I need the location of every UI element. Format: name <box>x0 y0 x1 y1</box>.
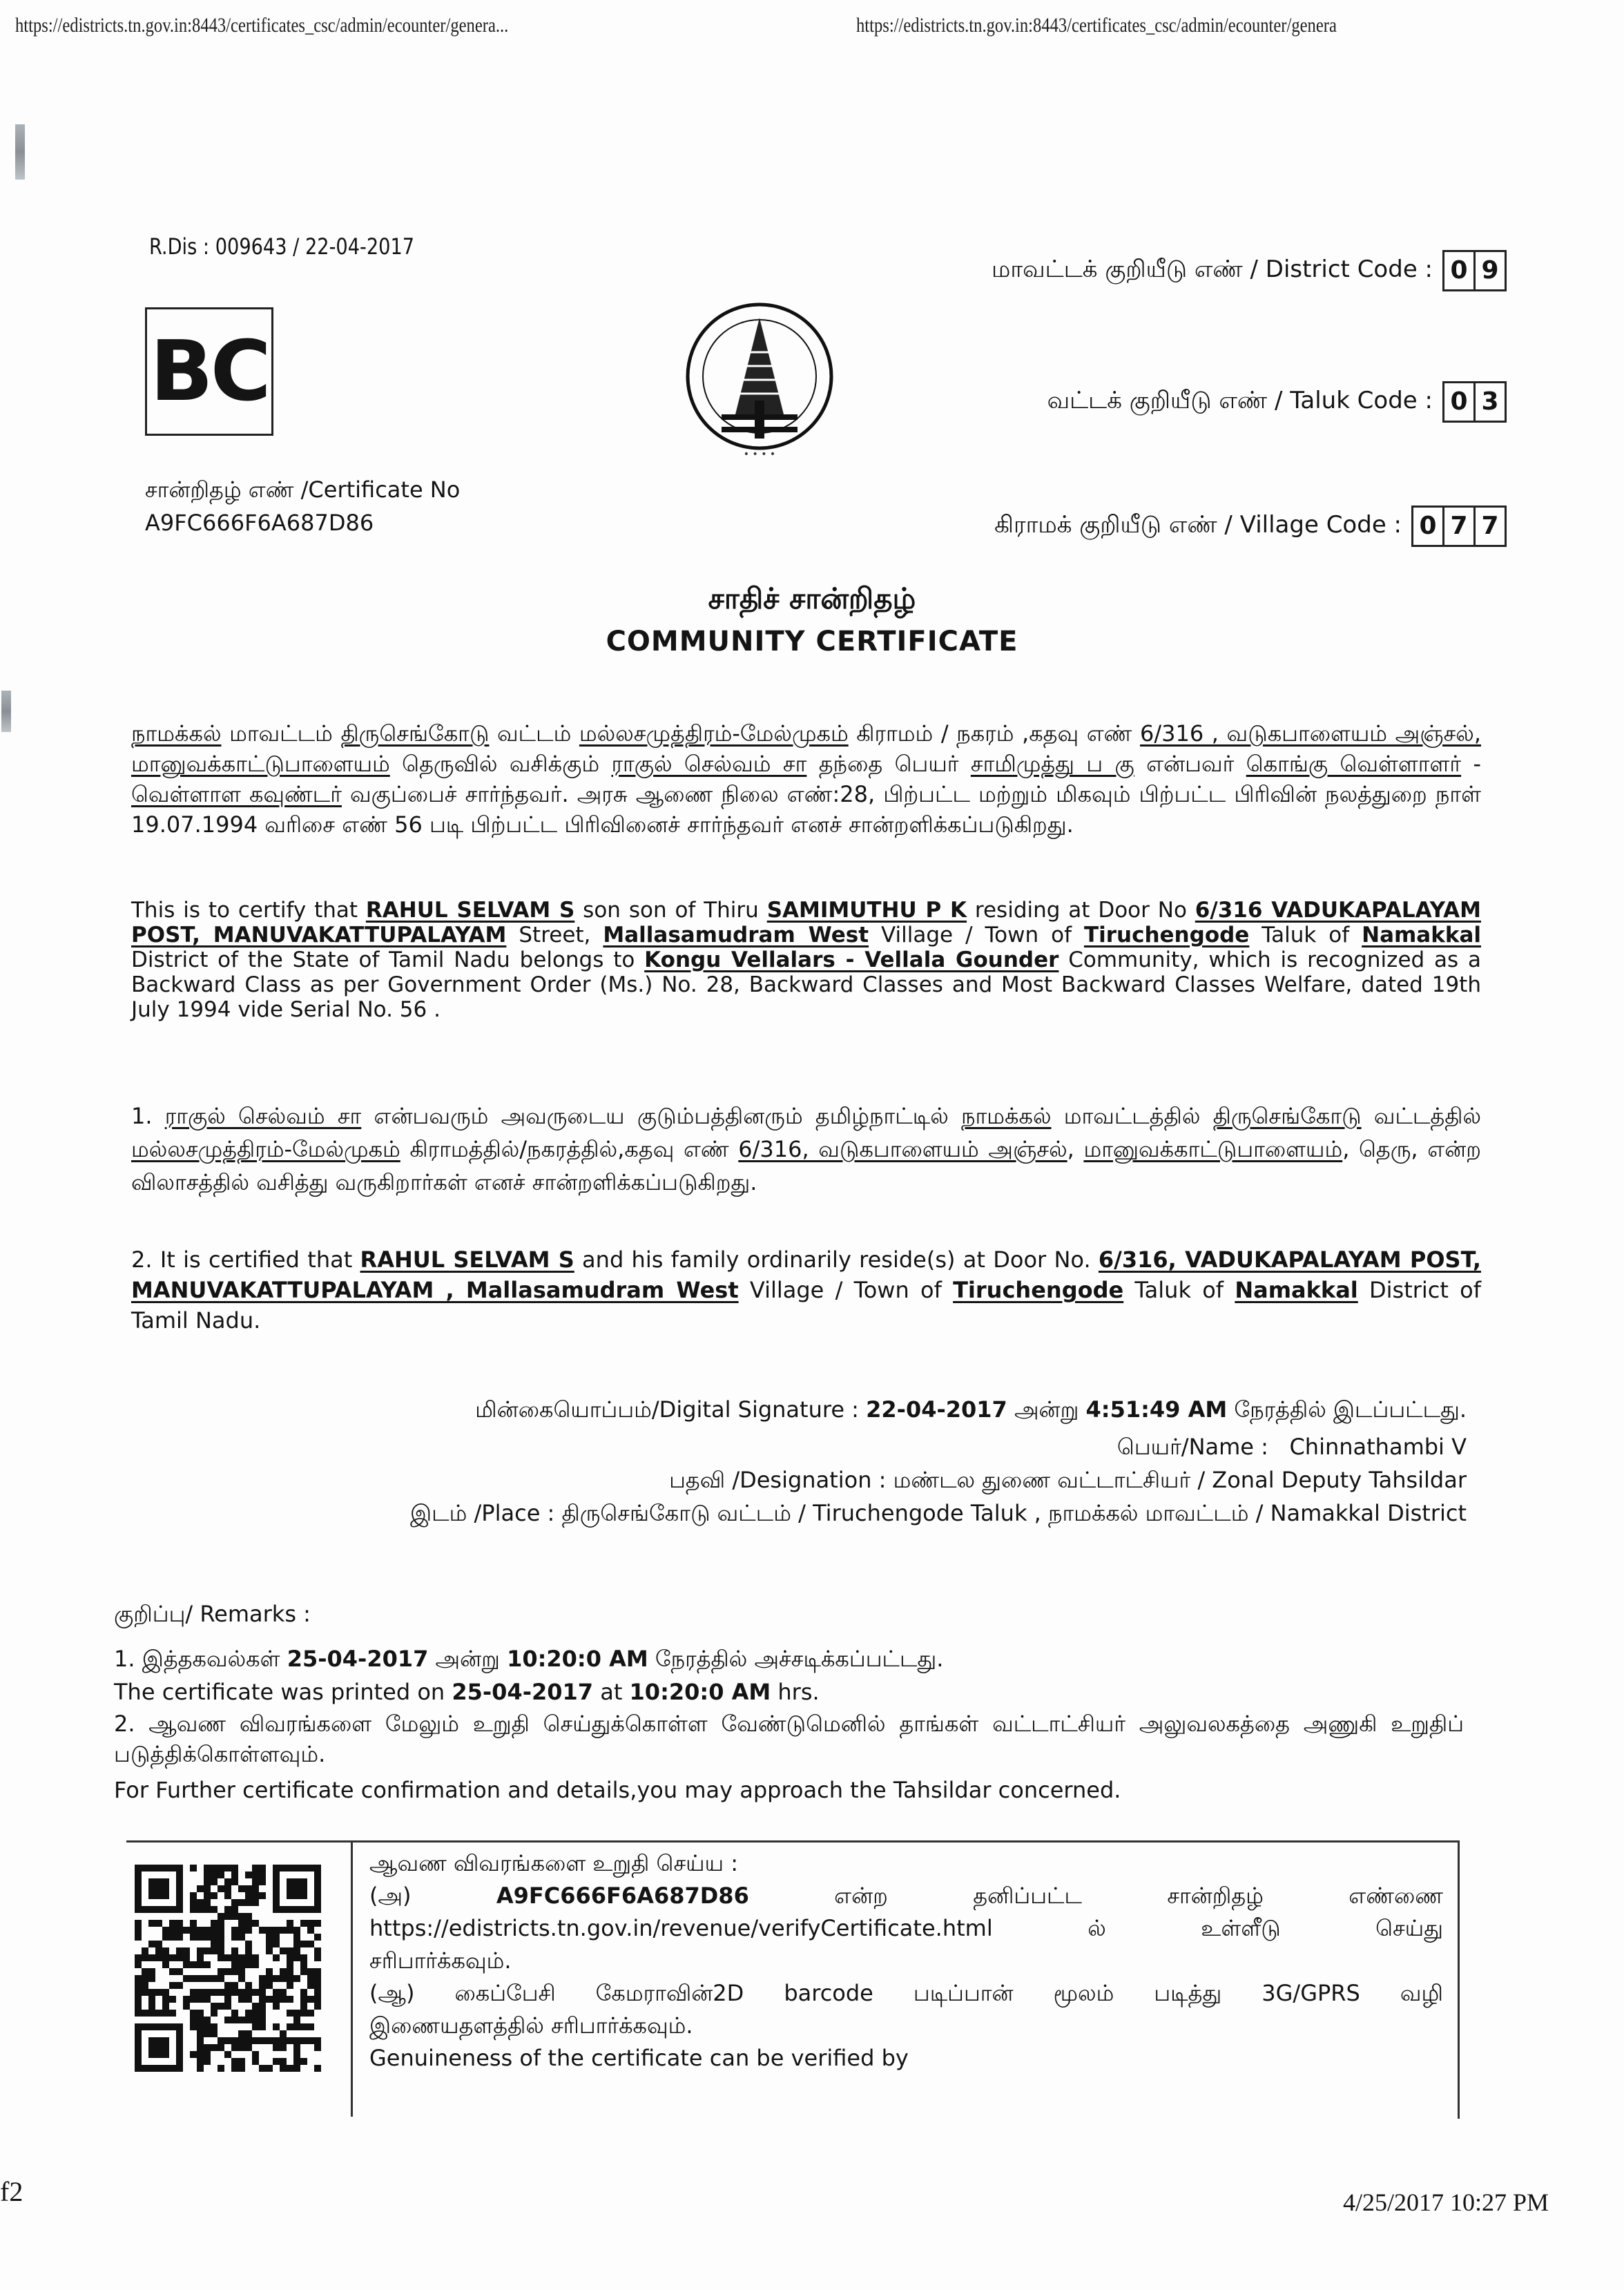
taluk-code-cells: 0 3 <box>1442 381 1507 423</box>
field-name: RAHUL SELVAM S <box>360 1247 574 1273</box>
text: சான்றிதழ் <box>1167 1880 1264 1912</box>
field-community: Kongu Vellalars - Vellala Gounder <box>644 947 1058 972</box>
verification-step-a: (அ) A9FC666F6A687D86 என்ற தனிப்பட்ட சான்… <box>369 1880 1443 1912</box>
village-code-row: கிராமக் குறியீடு எண் / Village Code : 0 … <box>994 506 1507 547</box>
verification-step-b: (ஆ) கைப்பேசி கேமராவின்2D barcode படிப்பா… <box>369 1977 1443 2010</box>
district-code-cells: 0 9 <box>1442 250 1507 291</box>
field-district: நாமக்கல் <box>961 1103 1052 1129</box>
field-taluk: திருசெங்கோடு <box>1213 1103 1362 1129</box>
code-digit: 7 <box>1444 506 1476 547</box>
residence-paragraph-2: 2. It is certified that RAHUL SELVAM S a… <box>131 1244 1481 1336</box>
english-certification-paragraph: This is to certify that RAHUL SELVAM S s… <box>131 898 1481 1022</box>
text: தந்தை பெயர் <box>806 751 971 777</box>
field-father: SAMIMUTHU P K <box>767 898 967 923</box>
qr-code-icon <box>135 1865 321 2072</box>
field-community-2: வெள்ளாள கவுண்டர் <box>131 781 342 807</box>
field-village: மல்லசமுத்திரம்-மேல்முகம் <box>579 720 849 747</box>
category-badge-text: BC <box>150 324 269 420</box>
code-digit: 0 <box>1413 506 1444 547</box>
digital-signature-line: மின்கையொப்பம்/Digital Signature : 22-04-… <box>475 1396 1467 1425</box>
text: Village / Town of <box>869 923 1084 947</box>
scan-artifact <box>15 124 25 180</box>
text: 1. <box>131 1103 165 1129</box>
code-digit: 7 <box>1476 506 1507 547</box>
text: ல் <box>1087 1912 1106 1945</box>
designation: மண்டல துணை வட்டாட்சியர் / Zonal Deputy T… <box>893 1467 1467 1493</box>
text: சரிபார்க்கவும். <box>369 1945 1443 1977</box>
field-street: மானுவக்காட்டுபாளையம் <box>1083 1136 1342 1162</box>
text: என்பவரும் அவருடைய குடும்பத்தினரும் தமிழ்… <box>361 1103 961 1129</box>
verification-heading: ஆவண விவரங்களை உறுதி செய்ய : <box>369 1847 1443 1880</box>
taluk-code-row: வட்டக் குறியீடு எண் / Taluk Code : 0 3 <box>1047 381 1507 423</box>
taluk-code-label: வட்டக் குறியீடு எண் / Taluk Code : <box>1047 387 1433 417</box>
text: மின்கையொப்பம்/Digital Signature : <box>475 1396 866 1423</box>
text: 1. இத்தகவல்கள் <box>114 1646 287 1672</box>
field-community: கொங்கு வெள்ளாளர் <box>1246 751 1461 777</box>
text: , <box>1067 1136 1084 1162</box>
village-code-cells: 0 7 7 <box>1411 506 1507 547</box>
text: Taluk of <box>1123 1277 1235 1303</box>
signatory-name: Chinnathambi V <box>1289 1434 1467 1460</box>
category-badge: BC <box>145 307 273 436</box>
text: வட்டத்தில் <box>1362 1103 1481 1129</box>
text: தனிப்பட்ட <box>973 1880 1082 1912</box>
code-digit: 0 <box>1444 381 1476 423</box>
field-father: சாமிமுத்து ப கு <box>971 751 1134 777</box>
text: என்பவர் <box>1134 751 1246 777</box>
signature-date: 22-04-2017 <box>866 1396 1007 1423</box>
field-village: மல்லசமுத்திரம்-மேல்முகம் <box>131 1136 400 1162</box>
print-date: 25-04-2017 <box>287 1646 429 1672</box>
text: பெயர்/Name : <box>1117 1434 1268 1460</box>
field-door: 6/316, வடுகபாளையம் அஞ்சல் <box>738 1136 1067 1162</box>
text: Village / Town of <box>739 1277 953 1303</box>
print-date: 25-04-2017 <box>452 1679 593 1705</box>
text: This is to certify that <box>131 898 366 923</box>
print-time: 10:20:0 AM <box>507 1646 648 1672</box>
remark-1-tamil: 1. இத்தகவல்கள் 25-04-2017 அன்று 10:20:0 … <box>114 1644 1464 1674</box>
district-code-label: மாவட்டக் குறியீடு எண் / District Code : <box>992 256 1433 286</box>
text: நேரத்தில் இடப்பட்டது. <box>1227 1396 1467 1423</box>
field-taluk: Tiruchengode <box>953 1277 1123 1303</box>
text: மாவட்டத்தில் <box>1052 1103 1213 1129</box>
text: கிராமம் / நகரம் ,கதவு எண் <box>849 720 1140 747</box>
place: திருசெங்கோடு வட்டம் / Tiruchengode Taluk… <box>562 1500 1467 1526</box>
verification-instructions: ஆவண விவரங்களை உறுதி செய்ய : (அ) A9FC666F… <box>369 1847 1443 2075</box>
text: அன்று <box>1007 1396 1086 1423</box>
text: Street, <box>506 923 603 947</box>
text: மாவட்டம் <box>222 720 341 747</box>
text: Taluk of <box>1249 923 1362 947</box>
text: hrs. <box>771 1679 819 1705</box>
remark-2-tamil: 2. ஆவண விவரங்களை மேலும் உறுதி செய்துக்கொ… <box>114 1709 1464 1769</box>
svg-text:• • • •: • • • • <box>744 449 775 460</box>
text: 2. It is certified that <box>131 1247 360 1273</box>
verification-divider <box>351 1840 353 2117</box>
designation-line: பதவி /Designation : மண்டல துணை வட்டாட்சி… <box>669 1467 1467 1496</box>
signature-time: 4:51:49 AM <box>1086 1396 1228 1423</box>
print-header-url-left: https://edistricts.tn.gov.in:8443/certif… <box>15 14 508 37</box>
text: வட்டம் <box>489 720 579 747</box>
text: கிராமத்தில்/நகரத்தில்,கதவு எண் <box>400 1136 738 1162</box>
residence-paragraph-1: 1. ராகுல் செல்வம் சா என்பவரும் அவருடைய க… <box>131 1099 1481 1199</box>
remark-2-english: For Further certificate confirmation and… <box>114 1775 1464 1805</box>
title-english: COMMUNITY CERTIFICATE <box>0 626 1624 657</box>
text: பதவி /Designation : <box>669 1467 886 1493</box>
remark-1-english: The certificate was printed on 25-04-201… <box>114 1677 1464 1707</box>
field-district: நாமக்கல் <box>131 720 222 747</box>
text: நேரத்தில் அச்சடிக்கப்பட்டது. <box>648 1646 944 1672</box>
field-name: ராகுல் செல்வம் சா <box>165 1103 362 1129</box>
text: உள்ளீடு <box>1201 1912 1280 1945</box>
certificate-no-label: சான்றிதழ் எண் /Certificate No <box>145 477 460 506</box>
text: The certificate was printed on <box>114 1679 452 1705</box>
text: son son of Thiru <box>574 898 766 923</box>
field-taluk: திருசெங்கோடு <box>340 720 489 747</box>
text: (அ) <box>369 1880 412 1912</box>
text: அன்று <box>428 1646 507 1672</box>
tamil-certification-paragraph: நாமக்கல் மாவட்டம் திருசெங்கோடு வட்டம் மல… <box>131 718 1481 840</box>
verification-url-row: https://edistricts.tn.gov.in/revenue/ver… <box>369 1912 1443 1945</box>
place-line: இடம் /Place : திருசெங்கோடு வட்டம் / Tiru… <box>410 1500 1467 1529</box>
text: எண்ணை <box>1348 1880 1443 1912</box>
certificate-no: A9FC666F6A687D86 <box>145 510 374 536</box>
print-timestamp: 4/25/2017 10:27 PM <box>1343 2188 1549 2217</box>
text: என்ற <box>834 1880 888 1912</box>
signatory-name-line: பெயர்/Name : Chinnathambi V <box>1117 1434 1467 1463</box>
text: இடம் /Place : <box>410 1500 554 1526</box>
text: District of the State of Tamil Nadu belo… <box>131 947 644 972</box>
text: செய்து <box>1375 1912 1443 1945</box>
print-time: 10:20:0 AM <box>630 1679 771 1705</box>
reference-dispatch-number: R.Dis : 009643 / 22-04-2017 <box>149 233 414 260</box>
field-name: RAHUL SELVAM S <box>366 898 574 923</box>
field-taluk: Tiruchengode <box>1084 923 1249 947</box>
print-header-url-right: https://edistricts.tn.gov.in:8443/certif… <box>856 14 1337 37</box>
scan-artifact <box>1 691 11 732</box>
code-digit: 3 <box>1476 381 1507 423</box>
field-district: Namakkal <box>1362 923 1481 947</box>
field-village: Mallasamudram West <box>603 923 869 947</box>
text: தெருவில் வசிக்கும் <box>390 751 612 777</box>
field-district: Namakkal <box>1235 1277 1357 1303</box>
page-number: f2 <box>0 2175 23 2208</box>
text: residing at Door No <box>967 898 1195 923</box>
text: at <box>593 1679 630 1705</box>
text: இணையதளத்தில் சரிபார்க்கவும். <box>369 2010 1443 2042</box>
field-name: ராகுல் செல்வம் சா <box>611 751 806 777</box>
text: and his family ordinarily reside(s) at D… <box>574 1247 1099 1273</box>
village-code-label: கிராமக் குறியீடு எண் / Village Code : <box>994 511 1402 541</box>
district-code-row: மாவட்டக் குறியீடு எண் / District Code : … <box>992 250 1507 291</box>
genuineness-note: Genuineness of the certificate can be ve… <box>369 2042 1443 2075</box>
verify-url-link[interactable]: https://edistricts.tn.gov.in/revenue/ver… <box>369 1912 993 1945</box>
tamil-nadu-emblem-icon: • • • • <box>680 297 839 463</box>
remarks-heading: குறிப்பு/ Remarks : <box>114 1599 1464 1629</box>
code-digit: 0 <box>1444 250 1476 291</box>
title-tamil: சாதிச் சான்றிதழ் <box>0 581 1624 619</box>
code-digit: 9 <box>1476 250 1507 291</box>
text: - <box>1461 751 1481 777</box>
certificate-no: A9FC666F6A687D86 <box>496 1880 749 1912</box>
